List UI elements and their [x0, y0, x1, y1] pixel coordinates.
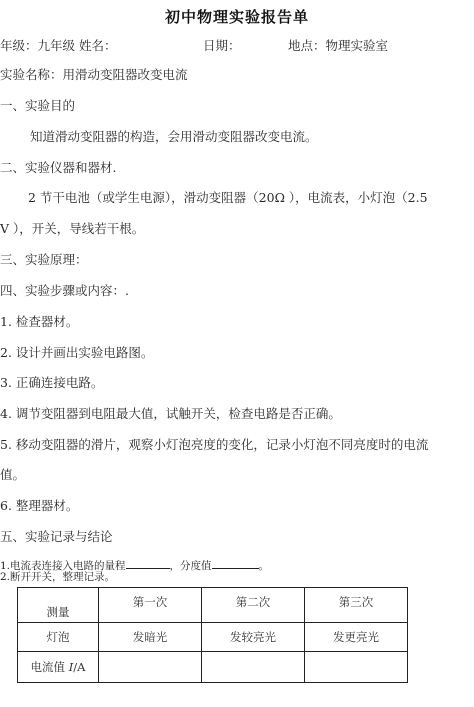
- experiment-name-label: 实验名称：: [0, 67, 63, 82]
- table-cell: 发更亮光: [305, 623, 408, 652]
- step-item: 3. 正确连接电路。: [0, 375, 103, 391]
- step-item: 4. 调节变阻器到电阻最大值，试触开关，检查电路是否正确。: [0, 406, 341, 422]
- step-item: 值。: [0, 467, 25, 483]
- division-blank[interactable]: [212, 557, 259, 569]
- experiment-name: 实验名称：用滑动变阻器改变电流: [0, 67, 188, 83]
- location-field: 地点：物理实验室: [288, 38, 388, 54]
- grade-label: 年级：: [0, 38, 38, 53]
- name-label: 姓名：: [79, 38, 117, 53]
- current-label-unit: /A: [73, 660, 85, 674]
- current-value-cell[interactable]: [305, 652, 408, 683]
- section-steps-heading: 四、实验步骤或内容：.: [0, 283, 129, 299]
- q1-suffix: 。: [259, 560, 270, 572]
- grade-value: 九年级: [38, 38, 76, 53]
- table-header-cell: 测量: [18, 588, 99, 623]
- step-item: 5. 移动变阻器的滑片，观察小灯泡亮度的变化，记录小灯泡不同亮度时的电流: [0, 437, 428, 453]
- table-cell: 灯泡: [18, 623, 99, 652]
- experiment-name-value: 用滑动变阻器改变电流: [63, 67, 188, 82]
- section-equipment-body-2: V ），开关，导线若干根。: [0, 221, 144, 237]
- step-item: 6. 整理器材。: [0, 498, 78, 514]
- range-blank[interactable]: [126, 557, 170, 569]
- q1-middle: ，分度值: [170, 560, 212, 572]
- table-row: 电流值 I/A: [18, 652, 408, 683]
- table-header-row: 测量 第一次 第二次 第三次: [18, 588, 408, 623]
- current-value-cell[interactable]: [202, 652, 305, 683]
- date-label: 日期：: [203, 38, 241, 54]
- record-question-2: 2.断开开关，整理记录。: [0, 571, 115, 584]
- table-cell: 发暗光: [99, 623, 202, 652]
- location-label: 地点：: [288, 38, 326, 53]
- table-row: 灯泡 发暗光 发较亮光 发更亮光: [18, 623, 408, 652]
- document-title: 初中物理实验报告单: [0, 6, 474, 27]
- table-header-cell: 第三次: [305, 588, 408, 623]
- current-label-cell: 电流值 I/A: [18, 652, 99, 683]
- table-header-cell: 第二次: [202, 588, 305, 623]
- step-item: 2. 设计并画出实验电路图。: [0, 345, 153, 361]
- current-value-cell[interactable]: [99, 652, 202, 683]
- record-table: 测量 第一次 第二次 第三次 灯泡 发暗光 发较亮光 发更亮光 电流值 I/A: [17, 587, 408, 683]
- location-value: 物理实验室: [326, 38, 389, 53]
- section-record-heading: 五、实验记录与结论: [0, 529, 113, 545]
- table-cell: 发较亮光: [202, 623, 305, 652]
- current-label-prefix: 电流值: [31, 660, 69, 674]
- section-equipment-body-1: 2 节干电池（或学生电源），滑动变阻器（20Ω ），电流表，小灯泡（2.5: [28, 190, 428, 206]
- section-equipment-heading: 二、实验仪器和器材.: [0, 160, 116, 176]
- section-purpose-heading: 一、实验目的: [0, 98, 75, 114]
- info-line: 年级：九年级 姓名：: [0, 38, 117, 54]
- table-header-cell: 第一次: [99, 588, 202, 623]
- section-purpose-body: 知道滑动变阻器的构造，会用滑动变阻器改变电流。: [30, 129, 318, 145]
- section-principle-heading: 三、实验原理：: [0, 252, 88, 268]
- step-item: 1. 检查器材。: [0, 314, 78, 330]
